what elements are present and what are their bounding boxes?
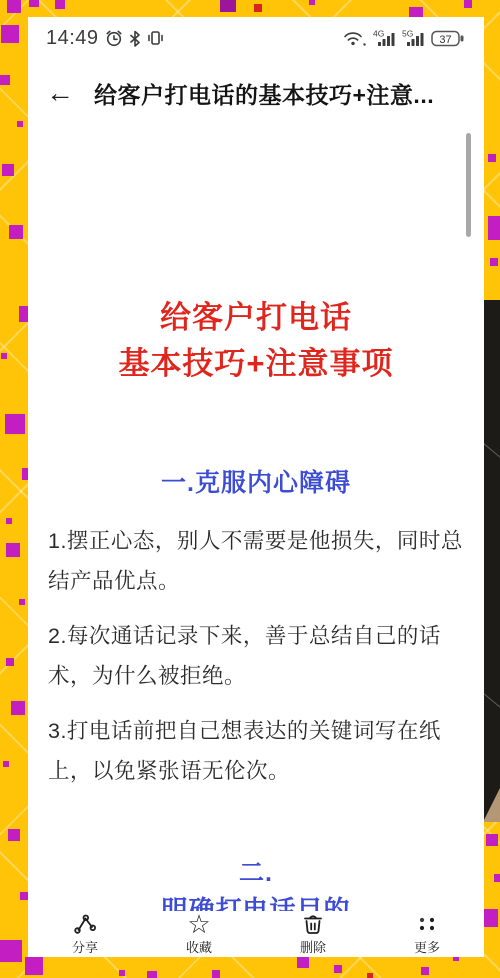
section2-number: 二.	[28, 853, 484, 889]
share-icon	[73, 912, 97, 936]
signal-4g-icon: 4G	[373, 29, 396, 47]
more-button[interactable]: 更多	[370, 912, 484, 956]
note-title: 给客户打电话 基本技巧+注意事项	[28, 295, 484, 387]
share-label: 分享	[72, 937, 98, 956]
network-5g-label: 5G	[402, 29, 413, 39]
battery-icon: 37	[431, 29, 464, 48]
note-title-line1: 给客户打电话	[28, 295, 484, 341]
status-left: 14:49	[46, 27, 164, 50]
paragraph-2: 2.每次通话记录下来，善于总结自己的话术，为什么被拒绝。	[48, 616, 468, 696]
more-label: 更多	[414, 937, 440, 956]
star-glyph: ☆	[187, 912, 210, 936]
share-button[interactable]: 分享	[28, 912, 142, 956]
more-icon	[417, 912, 437, 936]
status-bar: 14:49	[46, 25, 464, 51]
app-header: ← 给客户打电话的基本技巧+注意...	[46, 69, 470, 117]
delete-button[interactable]: 删除	[256, 912, 370, 956]
background-photo-strip	[483, 300, 500, 822]
delete-label: 删除	[300, 937, 326, 956]
battery-percent: 37	[439, 33, 451, 45]
favorite-label: 收藏	[186, 937, 212, 956]
alarm-icon	[105, 29, 123, 47]
bluetooth-icon	[129, 30, 141, 47]
back-icon[interactable]: ←	[46, 79, 74, 107]
paragraph-3: 3.打电话前把自己想表达的关键词写在纸上，以免紧张语无伦次。	[48, 711, 468, 791]
wifi-icon	[343, 30, 367, 47]
bottom-toolbar: 分享 ☆ 收藏 删除	[28, 911, 484, 957]
decor-frame: 14:49	[0, 0, 500, 978]
background-photo-shoulder	[483, 788, 500, 822]
status-right: 4G 5G	[343, 29, 464, 48]
clock-time: 14:49	[46, 27, 99, 50]
signal-5g-icon: 5G	[402, 29, 425, 47]
trash-icon	[302, 912, 324, 936]
network-4g-label: 4G	[373, 29, 384, 39]
star-icon: ☆	[187, 912, 210, 936]
page-title: 给客户打电话的基本技巧+注意...	[94, 77, 434, 110]
paragraph-1: 1.摆正心态，别人不需要是他损失，同时总结产品优点。	[48, 521, 468, 601]
note-title-line2: 基本技巧+注意事项	[28, 341, 484, 387]
decor-line	[483, 690, 500, 710]
vibrate-icon	[147, 29, 164, 47]
decor-line	[483, 440, 500, 460]
scrollbar-thumb[interactable]	[466, 133, 471, 237]
favorite-button[interactable]: ☆ 收藏	[142, 912, 256, 956]
section1-heading: 一.克服内心障碍	[28, 463, 484, 499]
phone-screenshot: 14:49	[28, 17, 484, 957]
